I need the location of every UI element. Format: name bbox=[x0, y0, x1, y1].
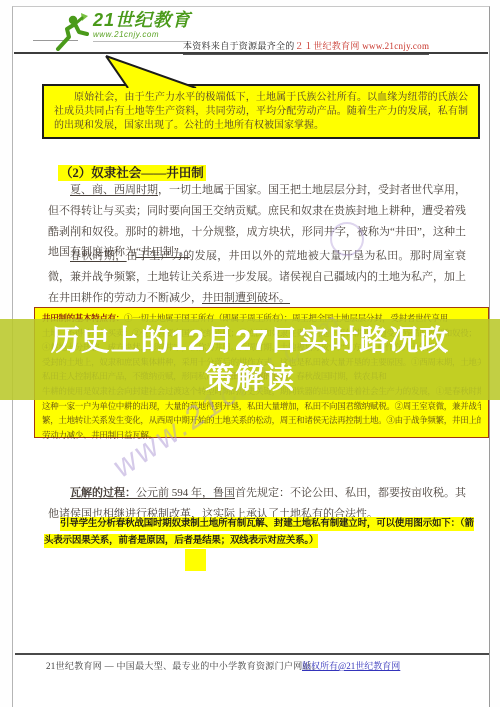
document-page: 21世纪教育 www.21cnjy.com 本资料来自于资源最齐全的２１世纪教育… bbox=[0, 0, 500, 707]
guide-highlight-text: 引导学生分析春秋战国时期奴隶制土地所有制瓦解、封建土地私有制建立时，可以使用图示… bbox=[44, 517, 474, 548]
paragraph-spring-autumn: 春秋时期，由于生产力的发展，井田以外的荒地被大量开垦为私田。那时周室衰微，兼并战… bbox=[48, 246, 466, 308]
footer-rule bbox=[15, 653, 489, 655]
logo-url: www.21cnjy.com bbox=[93, 31, 191, 42]
guide-highlight-paragraph: 引导学生分析春秋战国时期奴隶制土地所有制瓦解、封建土地私有制建立时，可以使用图示… bbox=[44, 516, 478, 550]
tagline-site-name: ２１世纪教育网 www.21cnjy.com bbox=[295, 41, 430, 51]
footer-site-description: 21世纪教育网 — 中国最大型、最专业的中小学教育资源门户网站。 bbox=[46, 659, 321, 672]
callout-text: 原始社会，由于生产力水平的极端低下，土地属于氏族公社所有。以血缘为纽带的氏族公社… bbox=[54, 92, 468, 131]
runner-icon bbox=[54, 11, 90, 56]
feature-line: 这种一家一户为单位中耕的出现，大量的荒地得到开垦，私田大量增加，私田不向国君缴纳… bbox=[42, 399, 481, 414]
banner-title-line2: 策解读 bbox=[205, 360, 295, 398]
logo-title: 21世纪教育 bbox=[93, 11, 191, 29]
section-heading: （2）奴隶社会——井田制 bbox=[58, 163, 206, 181]
banner-title-line1: 历史上的12月27日实时路况政 bbox=[51, 322, 450, 360]
callout-tail-icon bbox=[92, 54, 204, 93]
overlay-banner: 历史上的12月27日实时路况政 策解读 bbox=[0, 319, 500, 400]
header-tagline: 本资料来自于资源最齐全的２１世纪教育网 www.21cnjy.com bbox=[183, 39, 429, 55]
site-logo: 21世纪教育 www.21cnjy.com bbox=[54, 11, 191, 56]
feature-line: 劳动力减少、井田制日益瓦解。 bbox=[42, 428, 481, 443]
copyright-link[interactable]: 版权所有@21世纪教育网 bbox=[302, 659, 400, 672]
highlight-square bbox=[185, 549, 206, 571]
tagline-prefix: 本资料来自于资源最齐全的 bbox=[183, 41, 295, 51]
feature-line: 繁，土地转让关系发生变化，从西周中期开始的土地关系的松动，周王和诸侯无法再控制土… bbox=[42, 413, 481, 428]
watermark-circle-icon bbox=[330, 222, 364, 256]
